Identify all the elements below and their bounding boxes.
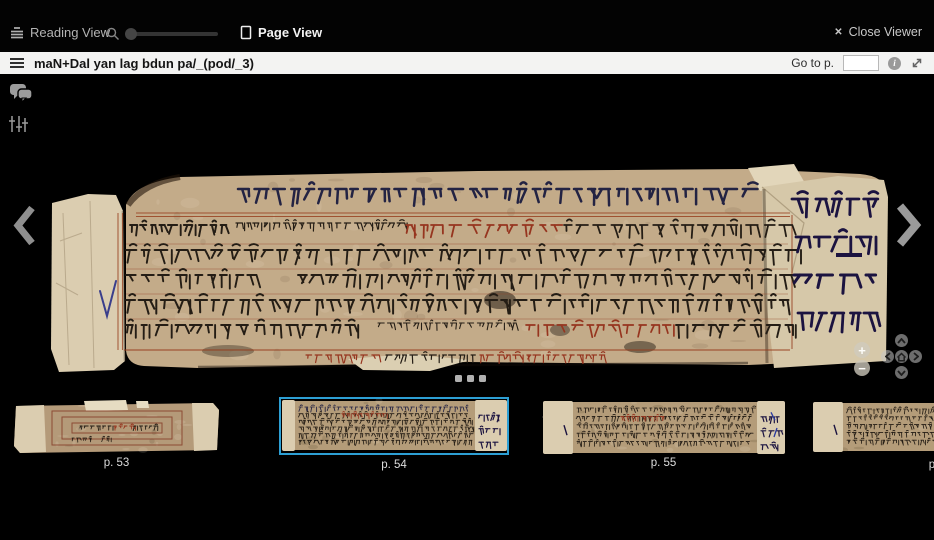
comments-button[interactable] (8, 82, 34, 109)
prev-page-button[interactable] (11, 203, 38, 253)
thumbnail-item-p55[interactable]: p. 55 (542, 400, 785, 456)
pan-left-button[interactable] (881, 350, 894, 363)
home-button[interactable] (895, 350, 908, 363)
chevron-right-icon (893, 201, 922, 249)
reading-view-icon (10, 26, 24, 39)
document-title: maN+Dal yan lag bdun pa/_(pod/_3) (34, 56, 254, 71)
page-indicator-dot[interactable] (455, 375, 462, 382)
goto-page-label: Go to p. (791, 56, 834, 70)
page-icon (240, 25, 252, 40)
reading-view-label: Reading View (30, 25, 110, 40)
search-icon (106, 27, 120, 41)
pan-right-button[interactable] (909, 350, 922, 363)
top-toolbar: Reading View Page View ✕ Close Viewer (0, 0, 934, 52)
thumbnail-page-label: p. 55 (542, 457, 785, 469)
goto-page-input[interactable] (843, 55, 879, 71)
page-indicator-dot[interactable] (467, 375, 474, 382)
chevron-left-icon (11, 203, 38, 248)
chevron-left-small-icon (885, 352, 891, 361)
thumbnail-item-partial[interactable]: p (812, 401, 934, 454)
sliders-icon (8, 115, 28, 134)
thumbnail-page-label: p. 54 (281, 459, 507, 471)
thumbnail-item-p53[interactable]: p. 53 (8, 400, 225, 456)
thumbnail-item-p54-selected[interactable]: p. 54 (279, 397, 509, 455)
thumbnail-page-label: p (812, 459, 934, 471)
adjustments-button[interactable] (8, 115, 34, 139)
chevron-up-icon (897, 338, 906, 344)
chat-bubbles-icon (8, 82, 34, 104)
zoom-slider-group (106, 27, 218, 41)
home-icon (896, 352, 907, 362)
menu-button[interactable] (10, 57, 24, 69)
zoom-slider-knob[interactable] (125, 28, 137, 40)
hamburger-icon (10, 57, 24, 69)
viewer-window: Reading View Page View ✕ Close Viewer (0, 0, 934, 540)
page-view-label: Page View (258, 25, 322, 40)
close-icon: ✕ (834, 27, 842, 38)
chevron-right-small-icon (913, 352, 919, 361)
title-bar: maN+Dal yan lag bdun pa/_(pod/_3) Go to … (0, 52, 934, 74)
info-icon[interactable]: i (888, 57, 901, 70)
thumbnail-page-label: p. 53 (8, 457, 225, 469)
manuscript-image[interactable] (48, 163, 888, 373)
close-viewer-label: Close Viewer (849, 25, 922, 39)
reading-view-button[interactable]: Reading View (10, 25, 110, 40)
fullscreen-icon[interactable] (910, 56, 924, 70)
zoom-out-button[interactable]: − (854, 360, 870, 376)
chevron-down-icon (897, 370, 906, 376)
next-page-button[interactable] (893, 201, 922, 254)
zoom-slider-track[interactable] (126, 32, 218, 36)
close-viewer-button[interactable]: ✕ Close Viewer (834, 25, 922, 39)
pan-down-button[interactable] (895, 366, 908, 379)
side-tools (8, 82, 34, 139)
page-view-button[interactable]: Page View (240, 25, 322, 40)
page-indicator-dot[interactable] (479, 375, 486, 382)
pan-up-button[interactable] (895, 334, 908, 347)
zoom-in-button[interactable]: + (854, 342, 870, 358)
